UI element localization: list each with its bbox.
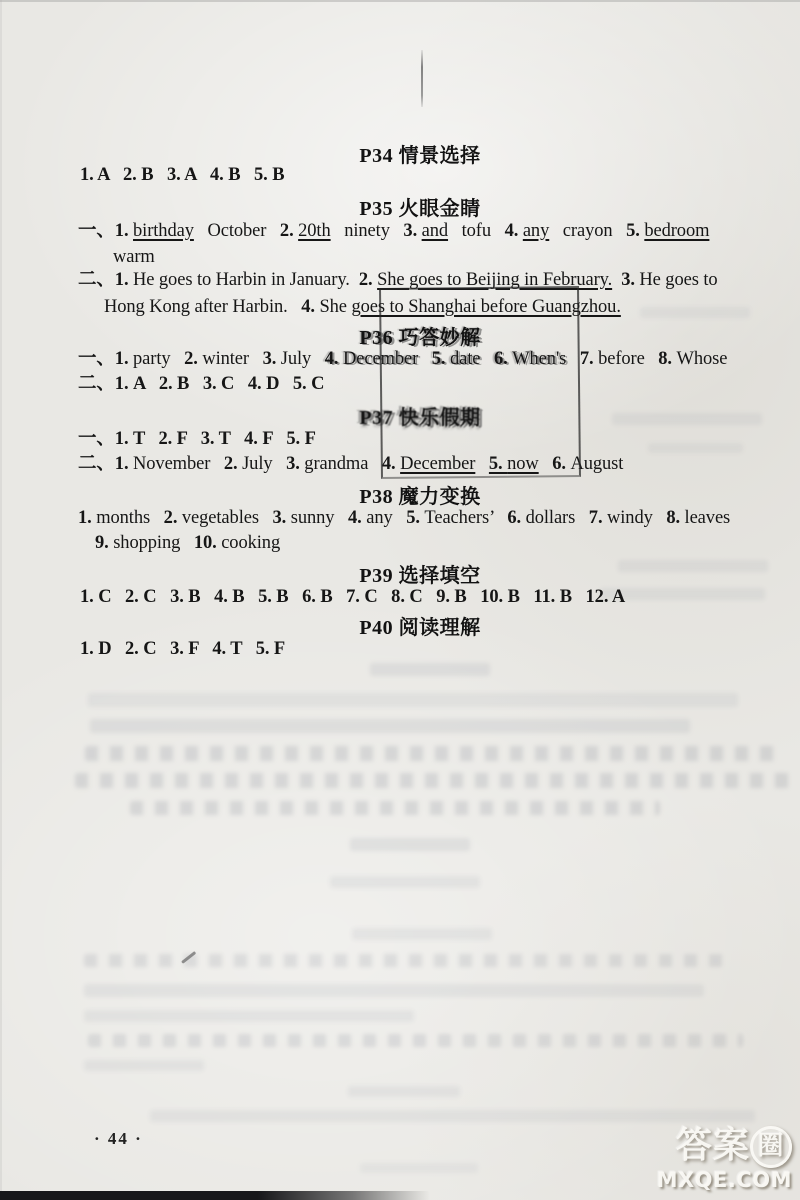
answer-segment: winter xyxy=(202,349,262,369)
answer-segment xyxy=(612,270,621,290)
answer-segment: sunny xyxy=(291,508,348,528)
answer-segment: She xyxy=(319,297,351,317)
answer-segment: 10. xyxy=(194,533,221,553)
answer-segment: Teachers’ xyxy=(424,508,507,528)
answer-segment: October xyxy=(194,221,280,241)
answer-segment: 6. xyxy=(507,508,525,528)
bleed-through-line xyxy=(130,801,660,815)
answer-segment: any xyxy=(523,221,549,241)
bleed-through-line xyxy=(330,876,480,888)
answer-segment: 3. xyxy=(286,454,304,474)
bleed-through-line xyxy=(352,928,492,940)
answer-segment: warm xyxy=(113,247,155,267)
watermark-logo: 答案圈 xyxy=(652,1126,792,1168)
answer-line: 1. months 2. vegetables 3. sunny 4. any … xyxy=(78,507,730,529)
answer-segment: July xyxy=(242,454,286,474)
answer-line: 1. A 2. B 3. A 4. B 5. B xyxy=(80,164,284,186)
answer-line: 二、1. A 2. B 3. C 4. D 5. C xyxy=(78,373,324,395)
answer-line: 1. D 2. C 3. F 4. T 5. F xyxy=(80,638,285,660)
bleed-through-line xyxy=(84,984,704,997)
answer-segment: 2. xyxy=(280,221,298,241)
answer-line: 9. shopping 10. cooking xyxy=(95,532,280,554)
answer-segment: Whose xyxy=(676,349,727,369)
answer-segment: 二、1. A 2. B 3. C 4. D 5. C xyxy=(78,374,324,394)
answer-segment: before xyxy=(598,349,658,369)
section-header: P39 选择填空 xyxy=(60,559,780,588)
answer-segment: 3. xyxy=(403,221,421,241)
answer-segment: 4. xyxy=(348,508,366,528)
answer-line: 1. C 2. C 3. B 4. B 5. B 6. B 7. C 8. C … xyxy=(80,586,625,608)
answer-segment: 2. xyxy=(184,349,202,369)
answer-segment: 3. xyxy=(273,508,291,528)
answer-segment: 20th xyxy=(298,221,331,241)
answer-segment: cooking xyxy=(221,533,280,553)
answer-segment: 2. xyxy=(164,508,182,528)
answer-line: warm xyxy=(113,246,155,268)
answer-segment: 1. xyxy=(78,508,96,528)
bleed-through-line xyxy=(348,1086,460,1097)
answer-segment: grandma xyxy=(304,454,382,474)
bleed-through-line xyxy=(150,1110,755,1122)
watermark-brand-text: 答案 xyxy=(676,1125,750,1166)
answer-segment: 3. xyxy=(263,349,281,369)
answer-segment: 7. xyxy=(580,349,598,369)
answer-segment: 1. D 2. C 3. F 4. T 5. F xyxy=(80,639,285,659)
bleed-through-line xyxy=(88,693,738,707)
answer-segment: 二、1. xyxy=(78,454,133,474)
bleed-through-line xyxy=(84,1060,204,1071)
section-header: P40 阅读理解 xyxy=(60,611,780,640)
answer-segment: November xyxy=(133,454,224,474)
answer-segment: bedroom xyxy=(644,221,709,241)
answer-segment: 2. xyxy=(224,454,242,474)
stamp-box xyxy=(379,286,581,479)
answer-segment: shopping xyxy=(113,533,194,553)
answer-segment: vegetables xyxy=(182,508,273,528)
bleed-through-line xyxy=(90,719,690,733)
scan-artifact-line xyxy=(421,50,423,107)
answer-segment: 二、1. xyxy=(78,270,133,290)
answer-segment: 2. xyxy=(359,270,377,290)
answer-segment: 4. xyxy=(505,221,523,241)
answer-segment: crayon xyxy=(549,221,626,241)
answer-segment: windy xyxy=(607,508,666,528)
watermark: 答案圈 MXQE.COM xyxy=(652,1126,792,1192)
answer-segment: 3. xyxy=(621,270,639,290)
answer-segment: birthday xyxy=(133,221,194,241)
answer-segment: 7. xyxy=(589,508,607,528)
answer-segment: tofu xyxy=(448,221,505,241)
answer-segment: months xyxy=(96,508,163,528)
bleed-through-line xyxy=(88,1034,743,1047)
answer-segment: July xyxy=(281,349,325,369)
answer-segment: He goes to xyxy=(639,270,717,290)
bleed-through-line xyxy=(648,443,743,453)
bleed-through-line xyxy=(370,663,490,676)
answer-segment: He goes to Harbin in January. xyxy=(133,270,359,290)
answer-segment: 1. A 2. B 3. A 4. B 5. B xyxy=(80,165,284,185)
answer-segment: 8. xyxy=(666,508,684,528)
answer-segment: any xyxy=(366,508,406,528)
page-number: · 44 · xyxy=(94,1129,143,1149)
answer-segment: 8. xyxy=(658,349,676,369)
answer-segment: 4. xyxy=(325,349,343,369)
answer-segment: party xyxy=(133,349,184,369)
bleed-through-line xyxy=(360,1163,478,1173)
section-header: P35 火眼金睛 xyxy=(60,192,780,221)
section-header: P38 魔力变换 xyxy=(60,480,780,509)
scanned-page: P34 情景选择1. A 2. B 3. A 4. B 5. BP35 火眼金睛… xyxy=(0,0,800,1200)
answer-segment: dollars xyxy=(526,508,589,528)
bleed-through-line xyxy=(350,838,470,851)
answer-segment: 9. xyxy=(95,533,113,553)
answer-segment: 1. C 2. C 3. B 4. B 5. B 6. B 7. C 8. C … xyxy=(80,587,625,607)
answer-segment: 一、1. xyxy=(78,221,133,241)
answer-segment: 一、1. T 2. F 3. T 4. F 5. F xyxy=(78,429,316,449)
watermark-circle-glyph: 圈 xyxy=(750,1126,792,1168)
answer-line: 一、1. birthday October 2. 20th ninety 3. … xyxy=(78,220,709,242)
answer-segment: 5. xyxy=(406,508,424,528)
answer-segment: leaves xyxy=(685,508,731,528)
answer-segment: and xyxy=(422,221,448,241)
answer-segment: Hong Kong after Harbin. xyxy=(104,297,301,317)
answer-segment: 一、1. xyxy=(78,349,133,369)
answer-segment: 5. xyxy=(626,221,644,241)
answer-segment: ninety xyxy=(331,221,404,241)
answer-line: 一、1. T 2. F 3. T 4. F 5. F xyxy=(78,428,316,450)
bleed-through-line xyxy=(84,1010,414,1022)
bleed-through-line xyxy=(640,307,750,318)
scan-edge-shadow xyxy=(0,1191,430,1200)
watermark-site-text: MXQE.COM xyxy=(652,1168,792,1192)
answer-segment: 4. xyxy=(301,297,319,317)
bleed-through-line xyxy=(85,746,775,761)
bleed-through-line xyxy=(75,773,790,788)
